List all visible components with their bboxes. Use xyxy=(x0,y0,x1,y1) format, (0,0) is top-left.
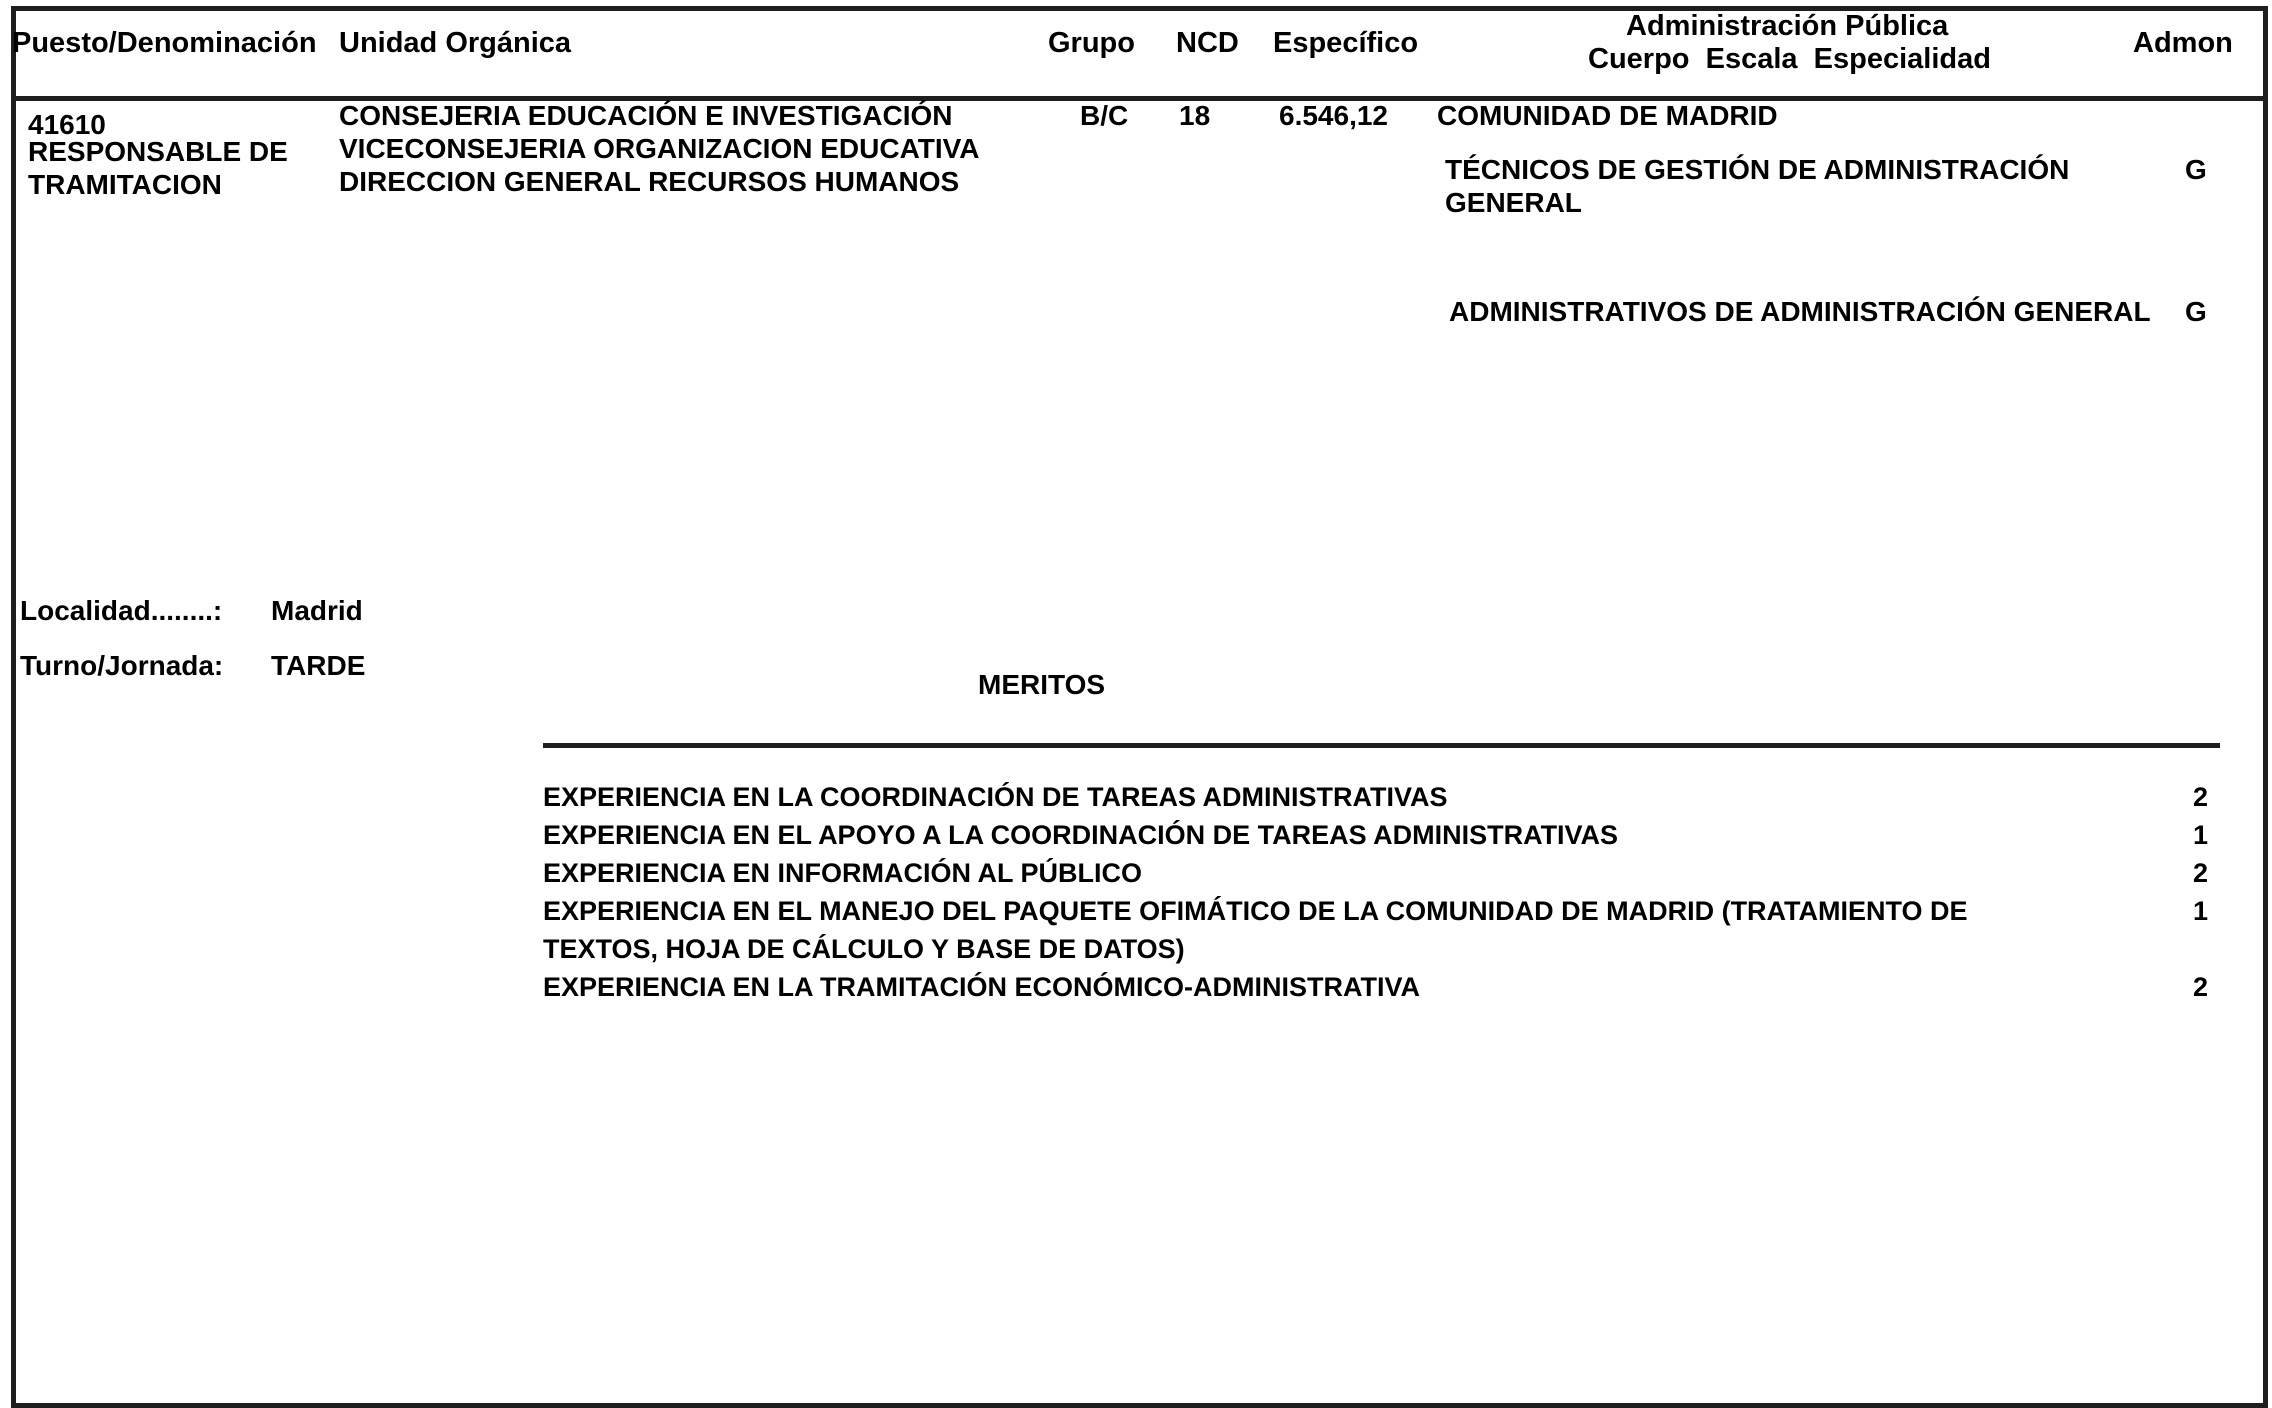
header-cuerpo-escala: Cuerpo Escala Especialidad xyxy=(1588,45,1991,74)
merito-value: 2 xyxy=(2193,778,2208,816)
especifico-value: 6.546,12 xyxy=(1279,102,1388,130)
cuerpo-1-admon: G xyxy=(2185,156,2207,184)
ncd-value: 18 xyxy=(1179,102,1210,130)
header-especifico: Específico xyxy=(1273,29,1418,58)
puesto-denominacion-2: TRAMITACION xyxy=(28,171,222,199)
localidad-label: Localidad........: xyxy=(20,597,222,625)
header-grupo: Grupo xyxy=(1048,29,1135,58)
merito-value: 2 xyxy=(2193,968,2208,1006)
cuerpo-1-line-2: GENERAL xyxy=(1445,189,1582,217)
merito-row: EXPERIENCIA EN EL APOYO A LA COORDINACIÓ… xyxy=(543,816,2233,854)
merito-text: EXPERIENCIA EN EL APOYO A LA COORDINACIÓ… xyxy=(543,816,2063,854)
merito-row: EXPERIENCIA EN LA COORDINACIÓN DE TAREAS… xyxy=(543,778,2233,816)
header-ncd: NCD xyxy=(1176,29,1239,58)
header-admin-publica: Administración Pública xyxy=(1626,12,1948,41)
unidad-organica-2: VICECONSEJERIA ORGANIZACION EDUCATIVA xyxy=(339,135,979,163)
puesto-denominacion-1: RESPONSABLE DE xyxy=(28,138,288,166)
merito-value: 1 xyxy=(2193,816,2208,854)
merito-row: EXPERIENCIA EN LA TRAMITACIÓN ECONÓMICO-… xyxy=(543,968,2233,1006)
turno-value: TARDE xyxy=(271,652,365,680)
merito-value: 2 xyxy=(2193,854,2208,892)
cuerpo-2-line-1: ADMINISTRATIVOS DE ADMINISTRACIÓN GENERA… xyxy=(1449,298,2151,326)
merito-value: 1 xyxy=(2193,892,2208,930)
grupo-value: B/C xyxy=(1080,102,1128,130)
merito-text: EXPERIENCIA EN EL MANEJO DEL PAQUETE OFI… xyxy=(543,892,2063,968)
unidad-organica-3: DIRECCION GENERAL RECURSOS HUMANOS xyxy=(339,168,959,196)
header-unidad: Unidad Orgánica xyxy=(339,29,571,58)
puesto-codigo: 41610 xyxy=(28,111,106,139)
cuerpo-2-admon: G xyxy=(2185,298,2207,326)
cuerpo-1-line-1: TÉCNICOS DE GESTIÓN DE ADMINISTRACIÓN xyxy=(1445,156,2069,184)
meritos-title: MERITOS xyxy=(978,671,1105,699)
meritos-divider xyxy=(543,743,2220,748)
turno-label: Turno/Jornada: xyxy=(20,652,223,680)
document-frame xyxy=(11,6,2268,1408)
administracion-value: COMUNIDAD DE MADRID xyxy=(1437,102,1778,130)
merito-row: EXPERIENCIA EN INFORMACIÓN AL PÚBLICO2 xyxy=(543,854,2233,892)
merito-text: EXPERIENCIA EN LA COORDINACIÓN DE TAREAS… xyxy=(543,778,2063,816)
header-admon: Admon xyxy=(2133,29,2233,58)
unidad-organica-1: CONSEJERIA EDUCACIÓN E INVESTIGACIÓN xyxy=(339,102,952,130)
merito-row: EXPERIENCIA EN EL MANEJO DEL PAQUETE OFI… xyxy=(543,892,2233,968)
localidad-value: Madrid xyxy=(271,597,363,625)
merito-text: EXPERIENCIA EN LA TRAMITACIÓN ECONÓMICO-… xyxy=(543,968,2063,1006)
merito-text: EXPERIENCIA EN INFORMACIÓN AL PÚBLICO xyxy=(543,854,2063,892)
header-puesto: Puesto/Denominación xyxy=(12,29,317,58)
